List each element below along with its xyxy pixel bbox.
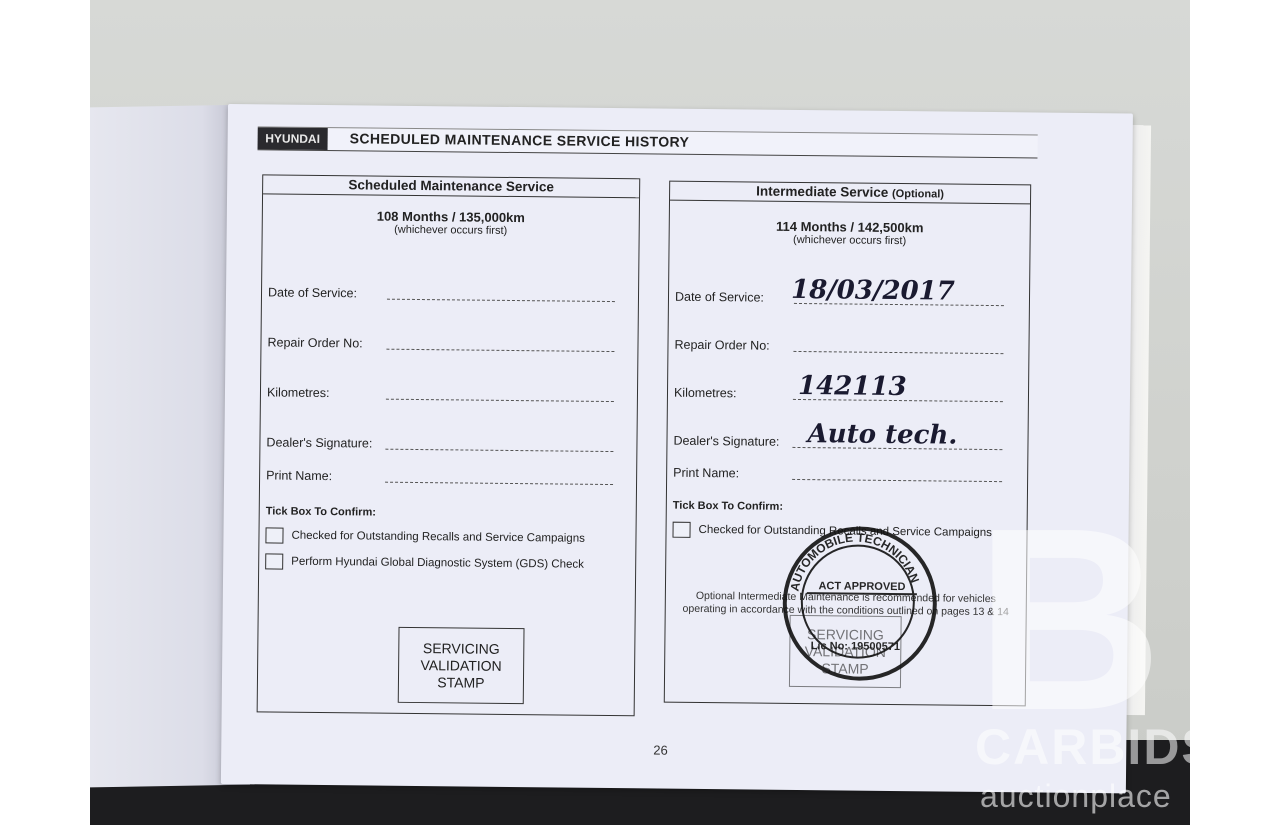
stamp-line: STAMP	[437, 674, 484, 691]
handwritten-kilometres: 142113	[798, 371, 907, 402]
date-label: Date of Service:	[268, 285, 357, 300]
check-label: Checked for Outstanding Recalls and Serv…	[291, 530, 585, 545]
kilometres-label: Kilometres:	[267, 385, 330, 400]
signature-label: Dealer's Signature:	[266, 435, 372, 450]
handwritten-date: 18/03/2017	[791, 275, 955, 307]
watermark-sub: auctionplace	[980, 778, 1172, 815]
box-title-text: Intermediate Service	[756, 184, 888, 200]
checkbox[interactable]	[265, 527, 283, 543]
print-name-field[interactable]	[385, 482, 613, 485]
header-bar: HYUNDAI SCHEDULED MAINTENANCE SERVICE HI…	[258, 126, 1038, 158]
date-label: Date of Service:	[675, 290, 764, 305]
page-title: SCHEDULED MAINTENANCE SERVICE HISTORY	[350, 130, 690, 150]
checkbox[interactable]	[672, 522, 690, 538]
rubber-stamp: AUTOMOBILE TECHNICIAN Lic No: 19500571 A…	[782, 526, 938, 682]
interval-note: (whichever occurs first)	[670, 233, 1030, 249]
repair-order-label: Repair Order No:	[267, 335, 362, 350]
print-name-label: Print Name:	[673, 466, 739, 481]
box-title-suffix: (Optional)	[892, 188, 944, 201]
kilometres-label: Kilometres:	[674, 386, 737, 401]
interval-note: (whichever occurs first)	[263, 222, 639, 238]
stamp-line: SERVICING	[423, 640, 500, 658]
watermark-brand: CARBIDS	[975, 718, 1217, 776]
signature-label: Dealer's Signature:	[673, 434, 779, 449]
page-number: 26	[653, 742, 668, 757]
signature-field[interactable]	[385, 449, 613, 452]
check-gds[interactable]: Perform Hyundai Global Diagnostic System…	[265, 553, 584, 572]
checkbox[interactable]	[265, 553, 283, 569]
date-field[interactable]	[387, 299, 615, 302]
tick-box-title: Tick Box To Confirm:	[266, 505, 376, 518]
box-title: Scheduled Maintenance Service	[263, 175, 639, 198]
repair-order-label: Repair Order No:	[674, 338, 769, 353]
validation-stamp-box: SERVICING VALIDATION STAMP	[398, 627, 525, 704]
box-title: Intermediate Service (Optional)	[670, 182, 1030, 205]
watermark-letter: B	[975, 505, 1163, 735]
print-name-label: Print Name:	[266, 468, 332, 483]
check-label: Perform Hyundai Global Diagnostic System…	[291, 556, 584, 571]
service-interval: 108 Months / 135,000km (whichever occurs…	[263, 207, 639, 238]
svg-text:Lic No: 19500571: Lic No: 19500571	[811, 640, 900, 653]
repair-order-field[interactable]	[386, 349, 614, 352]
print-name-field[interactable]	[792, 479, 1002, 482]
stamp-center-text: ACT APPROVED	[807, 580, 917, 595]
handwritten-signature: Auto tech.	[807, 419, 957, 451]
tick-box-title: Tick Box To Confirm:	[673, 500, 783, 513]
stamp-line: VALIDATION	[420, 657, 501, 675]
check-recalls[interactable]: Checked for Outstanding Recalls and Serv…	[265, 527, 585, 546]
kilometres-field[interactable]	[386, 399, 614, 402]
repair-order-field[interactable]	[793, 351, 1003, 354]
scheduled-service-box: Scheduled Maintenance Service 108 Months…	[257, 174, 641, 716]
service-interval: 114 Months / 142,500km (whichever occurs…	[670, 218, 1030, 249]
stamp-ring-text: AUTOMOBILE TECHNICIAN Lic No: 19500571	[780, 524, 932, 676]
brand-label: HYUNDAI	[258, 127, 328, 150]
